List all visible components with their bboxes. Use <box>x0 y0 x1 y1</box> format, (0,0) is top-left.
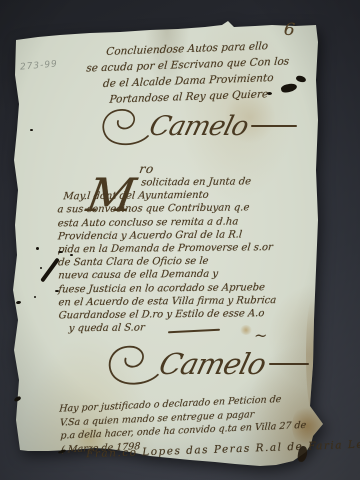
body-line: y queda al S.or <box>68 320 319 336</box>
rubric-underline <box>269 363 309 365</box>
ink-speck <box>58 251 63 253</box>
ink-speck <box>30 129 33 131</box>
calligraphic-rubric: ~ Camelo <box>104 340 309 388</box>
rubric-word: Camelo <box>146 111 251 142</box>
initial-letter-superscript: ro <box>138 162 155 176</box>
flourish-spiral-icon <box>98 104 150 148</box>
rubric-word: Camelo <box>156 347 269 381</box>
ink-speck <box>34 296 36 298</box>
calligraphic-rubric: Camelo <box>98 104 297 148</box>
ink-speck <box>55 290 59 292</box>
header-paragraph: Concluiendose Autos para ello se acuda p… <box>67 37 309 109</box>
tilde-mark: ~ <box>254 326 267 345</box>
ink-blot <box>267 92 272 95</box>
ink-speck <box>40 267 42 269</box>
ink-speck <box>36 247 39 250</box>
flourish-spiral-icon <box>104 340 160 388</box>
body-paragraph: solicitada en Junta de May.l dont del Ay… <box>57 175 319 336</box>
ink-speck <box>70 254 73 256</box>
manuscript-photo: 273-99 6 Concluiendose Autos para ello s… <box>0 0 360 480</box>
rubric-underline <box>251 125 297 127</box>
